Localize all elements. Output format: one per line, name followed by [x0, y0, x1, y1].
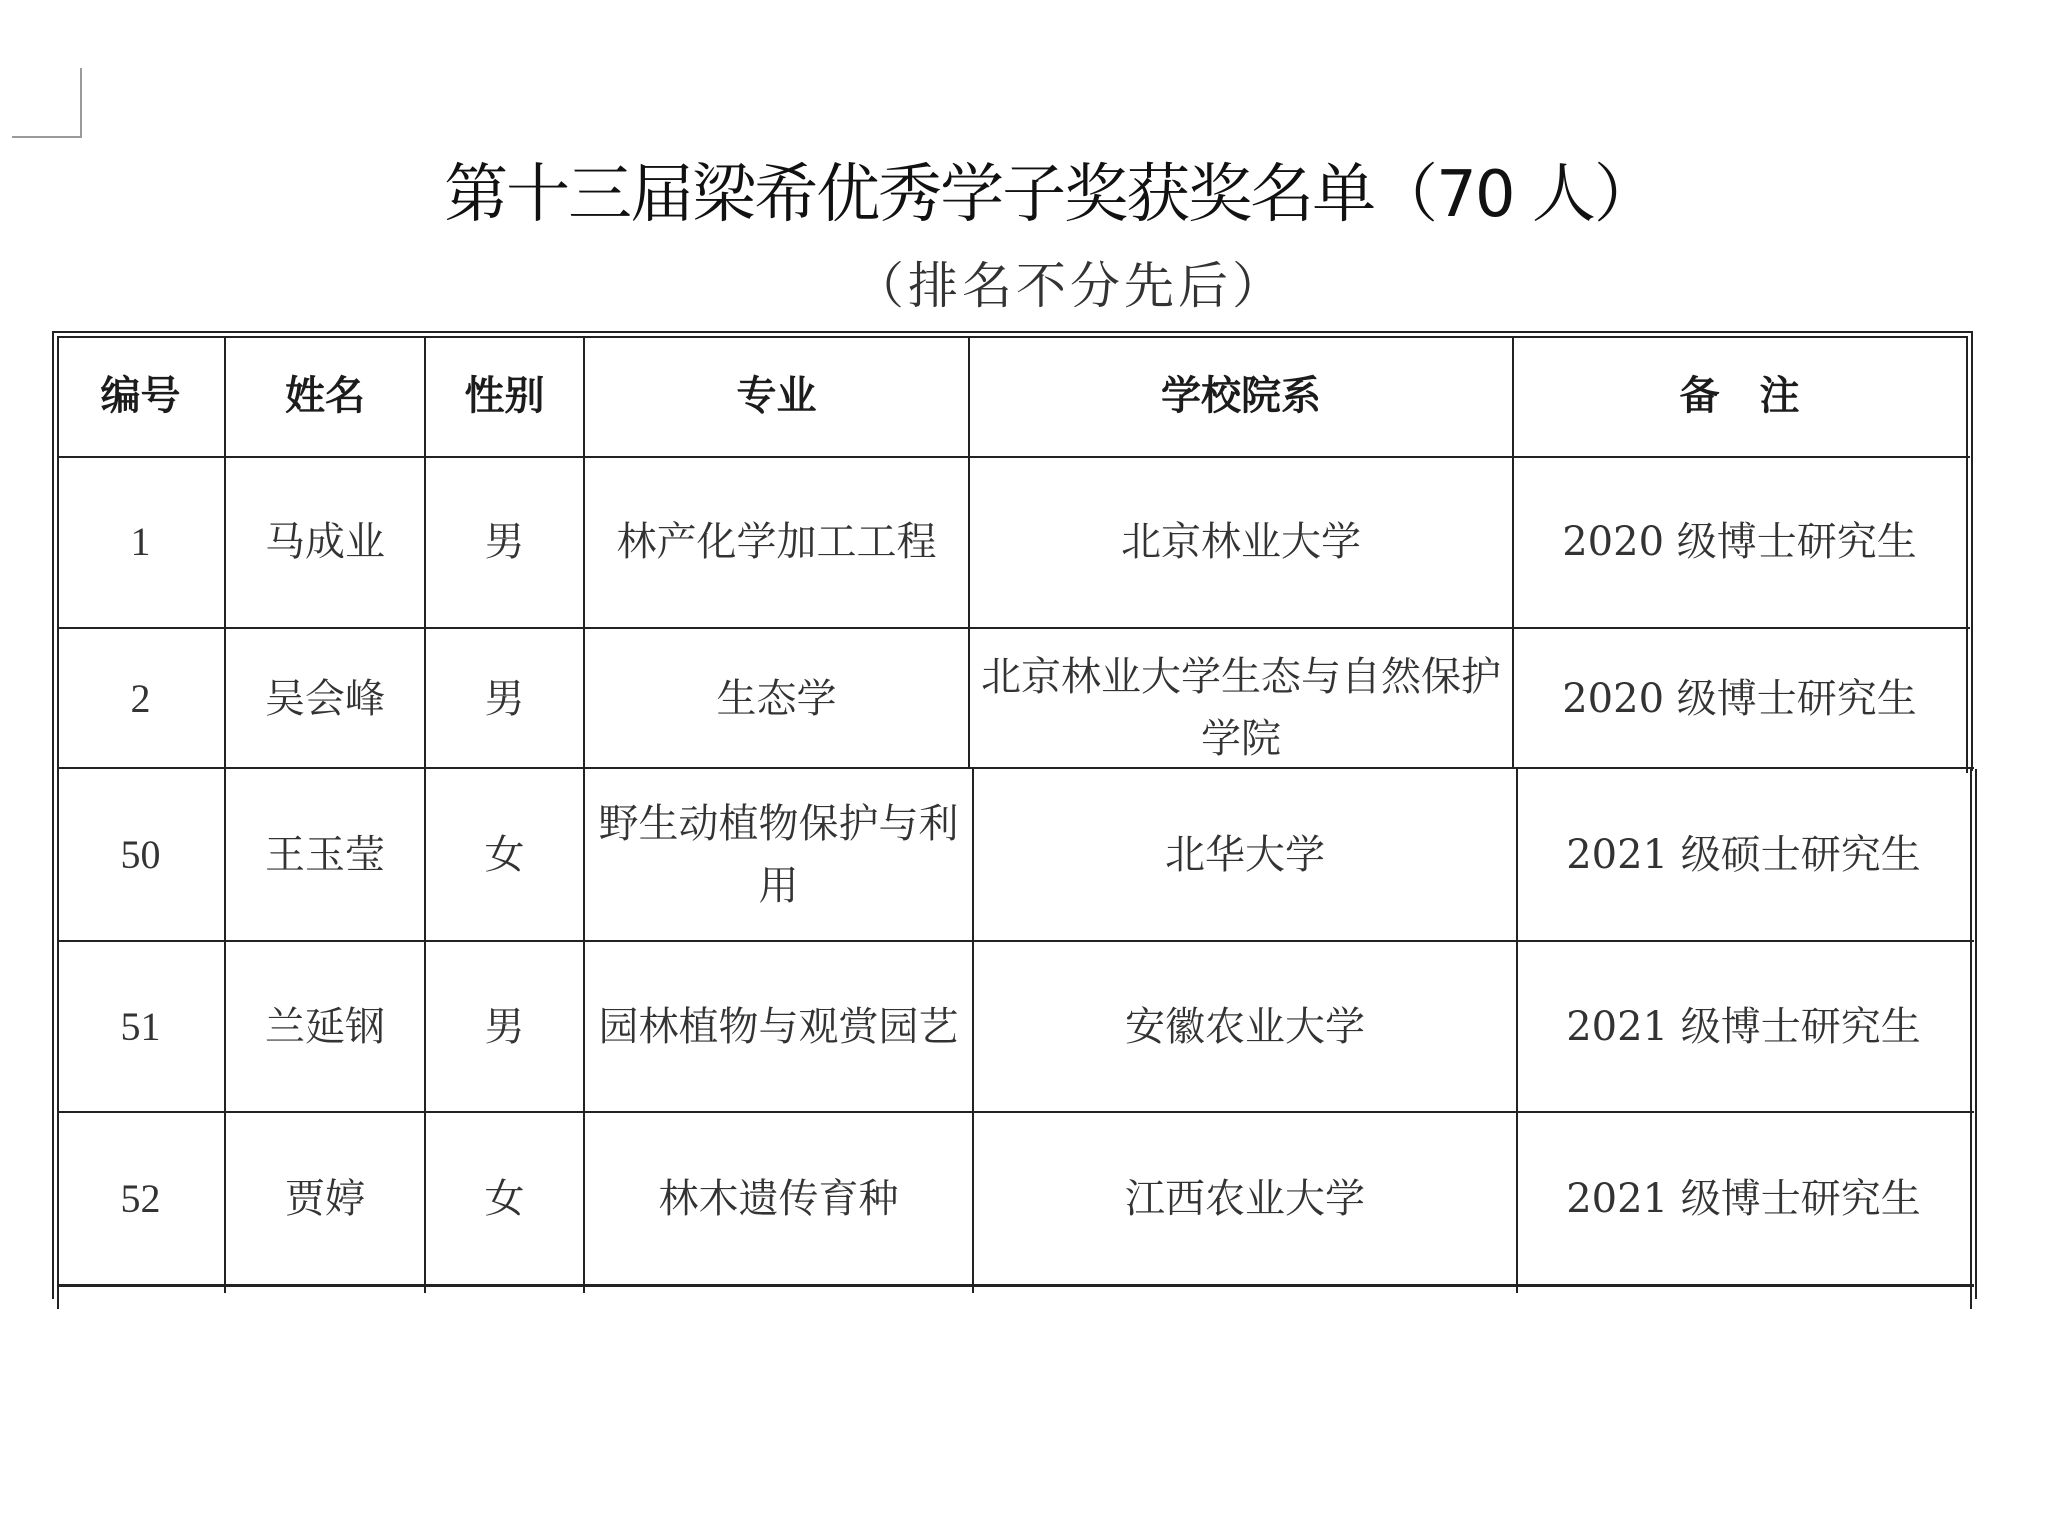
cell-id: 2 [57, 628, 226, 769]
table-row: 2 吴会峰 男 生态学 北京林业大学生态与自然保护学院 2020 级博士研究生 [57, 628, 1970, 769]
cell-school-text: 北京林业大学生态与自然保护学院 [978, 646, 1504, 770]
table-row: 50 王玉莹 女 野生动植物保护与利用 北华大学 2021 级硕士研究生 [57, 769, 1974, 942]
table-header-row: 编号 姓名 性别 专业 学校院系 备 注 [57, 336, 1970, 458]
header-id: 编号 [57, 336, 226, 456]
cell-major: 林木遗传育种 [585, 1113, 974, 1284]
cell-note: 2021 级博士研究生 [1518, 1113, 1969, 1284]
cell-gender: 男 [426, 628, 585, 769]
cell-name: 贾婷 [226, 1113, 426, 1284]
cell-id: 52 [57, 1113, 226, 1284]
cell-school: 安徽农业大学 [974, 942, 1518, 1111]
page-corner-mark [12, 68, 82, 138]
table-row: 52 贾婷 女 林木遗传育种 江西农业大学 2021 级博士研究生 [57, 1113, 1974, 1287]
cell-school: 北京林业大学生态与自然保护学院 [970, 628, 1514, 769]
header-note: 备 注 [1514, 336, 1965, 456]
cell-note: 2021 级博士研究生 [1518, 942, 1969, 1111]
table-row: 1 马成业 男 林产化学加工工程 北京林业大学 2020 级博士研究生 [57, 457, 1970, 629]
cell-school: 北京林业大学 [970, 457, 1514, 627]
cell-note: 2020 级博士研究生 [1514, 457, 1965, 627]
cell-major-text: 林产化学加工工程 [593, 511, 960, 573]
cell-gender: 男 [426, 942, 585, 1111]
header-gender: 性别 [426, 336, 585, 456]
cell-school: 江西农业大学 [974, 1113, 1518, 1284]
cell-name: 马成业 [226, 457, 426, 627]
cell-school: 北华大学 [974, 769, 1518, 940]
header-school: 学校院系 [970, 336, 1514, 456]
document-subtitle: （排名不分先后） [820, 250, 1320, 322]
cell-id: 1 [57, 457, 226, 627]
cell-note: 2020 级博士研究生 [1514, 628, 1965, 769]
cell-major: 野生动植物保护与利用 [585, 769, 974, 940]
cell-name: 王玉莹 [226, 769, 426, 940]
cell-note: 2021 级硕士研究生 [1518, 769, 1969, 940]
document-title: 第十三届梁希优秀学子奖获奖名单（70 人） [430, 150, 1670, 240]
cell-id: 51 [57, 942, 226, 1111]
cell-major: 生态学 [585, 628, 970, 769]
table-row-stub [57, 1287, 1974, 1293]
cell-name: 兰延钢 [226, 942, 426, 1111]
cell-major: 林产化学加工工程 [585, 457, 970, 627]
cell-id: 50 [57, 769, 226, 940]
table-row: 51 兰延钢 男 园林植物与观赏园艺 安徽农业大学 2021 级博士研究生 [57, 942, 1974, 1113]
cell-gender: 女 [426, 769, 585, 940]
cell-major: 园林植物与观赏园艺 [585, 942, 974, 1111]
header-major: 专业 [585, 336, 970, 456]
awards-table: 编号 姓名 性别 专业 学校院系 备 注 1 马成业 男 林产化学加工工程 北京… [52, 331, 1975, 1293]
cell-gender: 男 [426, 457, 585, 627]
cell-major-text: 园林植物与观赏园艺 [593, 996, 964, 1058]
header-name: 姓名 [226, 336, 426, 456]
cell-gender: 女 [426, 1113, 585, 1284]
cell-major-text: 野生动植物保护与利用 [593, 793, 964, 917]
cell-name: 吴会峰 [226, 628, 426, 769]
